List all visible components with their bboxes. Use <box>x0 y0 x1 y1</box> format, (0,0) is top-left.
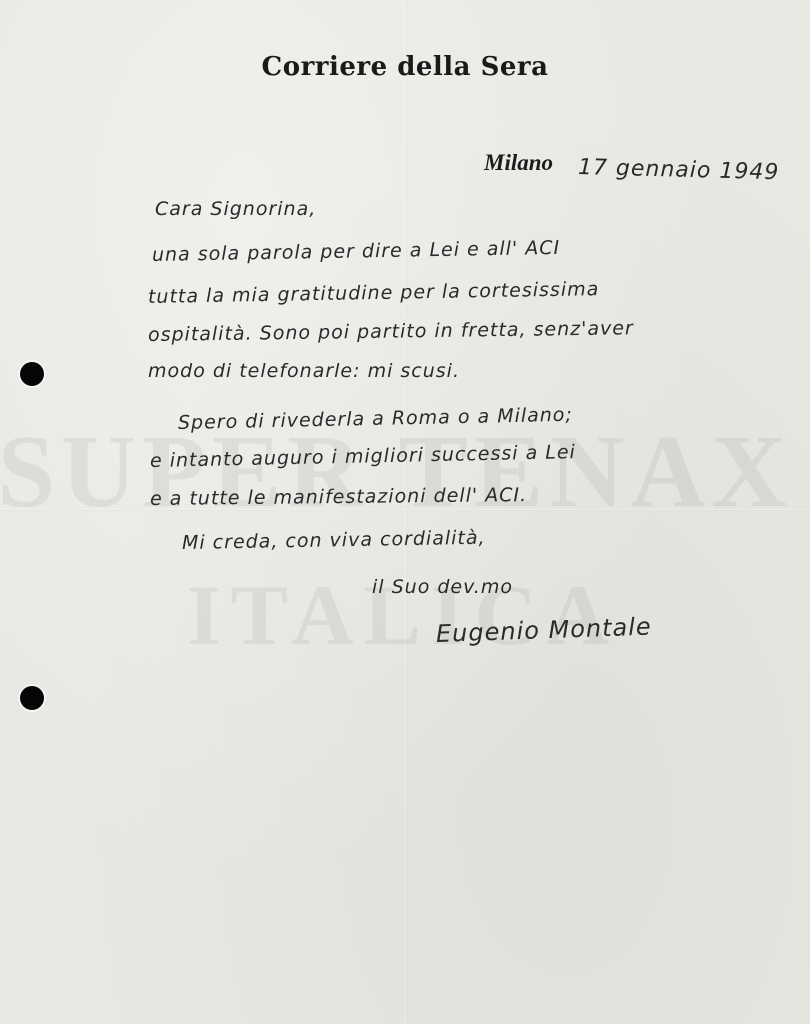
handwritten-date: 17 gennaio 1949 <box>578 155 780 185</box>
punch-hole-bottom <box>20 686 44 710</box>
punch-hole-top <box>20 362 44 386</box>
closing-formula: il Suo dev.mo <box>372 576 513 598</box>
watermark-line-1: SUPER TENAX <box>0 412 800 531</box>
salutation: Cara Signorina, <box>155 198 316 220</box>
letter-line-5: modo di telefonarle: mi scusi. <box>148 360 460 382</box>
printed-place: Milano <box>484 150 553 176</box>
letter-line-8: e a tutte le manifestazioni dell' ACI. <box>150 484 527 510</box>
letterhead-title: Corriere della Sera <box>0 52 810 82</box>
